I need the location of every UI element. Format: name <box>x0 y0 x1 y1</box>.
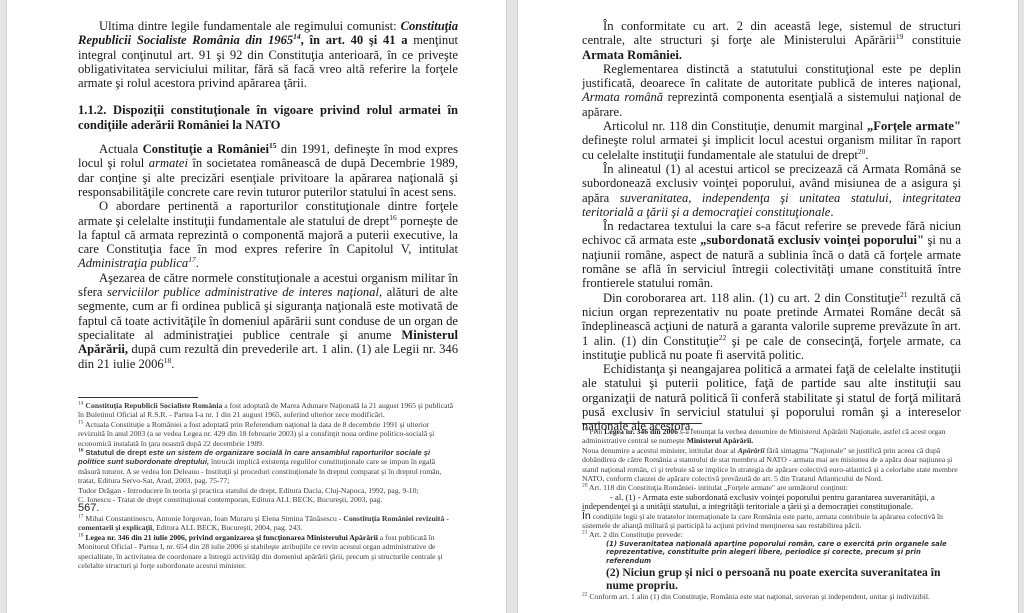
document-page-left: Ultima dintre legile fundamentale ale re… <box>7 0 506 613</box>
footnote-number: 15 <box>78 419 84 425</box>
page-content: În conformitate cu art. 2 din această le… <box>582 0 961 434</box>
footnotes-area: 14 Constituţia Republicii Socialiste Rom… <box>78 397 458 570</box>
paragraph: Actuala Constituţie a României15 din 199… <box>78 142 458 199</box>
footnote-number: 18 <box>78 532 84 538</box>
text: . <box>865 148 868 162</box>
text-bold: Ministerul Apărării. <box>687 436 754 445</box>
paragraph: Aşezarea de către normele constituţional… <box>78 271 458 371</box>
text: Art. 2 din Constituţie prevede: <box>589 530 683 539</box>
text: . <box>171 357 174 371</box>
text-italic: serviciilor publice administrative de in… <box>107 285 382 299</box>
footnote-19: 19 Prin Legea nr. 346 din 2006 s-a renun… <box>582 427 961 446</box>
footnotes: 14 Constituţia Republicii Socialiste Rom… <box>78 401 458 570</box>
footnote-21: 21 Art. 2 din Constituţie prevede: <box>582 530 961 539</box>
footnote-number: 22 <box>582 591 588 597</box>
text-bold: , în art. 40 şi 41 a <box>301 33 408 47</box>
section-heading: 1.1.2. Dispoziţii constituţionale în vig… <box>78 103 458 132</box>
footnote-number: 21 <box>582 530 588 536</box>
text: . <box>830 205 833 219</box>
text-bold: Constituţia Republicii Socialiste Români… <box>85 401 222 410</box>
text: constituie <box>903 33 961 47</box>
footnote-number: 20 <box>582 483 588 489</box>
text: - al. (1) - Armata este subordonată excl… <box>582 493 961 512</box>
footnote-21-item-1: (1) Suveranitatea naţională aparţine pop… <box>582 540 961 566</box>
text-bold: „Forţele armate" <box>867 119 961 133</box>
text: Actuala <box>99 142 143 156</box>
footnote-20-quote: - al. (1) - Armata este subordonată excl… <box>582 493 961 531</box>
paragraph: Articolul nr. 118 din Constituţie, denum… <box>582 119 961 162</box>
footnote-18: 18 Legea nr. 346 din 21 iulie 2006, priv… <box>78 533 458 571</box>
text-bold: Armata României. <box>582 48 682 62</box>
text: defineşte rolul armatei şi implicit locu… <box>582 133 961 161</box>
footnote-number: 16 <box>78 447 84 453</box>
text: În <box>582 510 591 522</box>
text: C. Ionescu - Tratat de drept constituţio… <box>78 495 382 504</box>
text-italic: suveranitatea, independenţa şi unitatea … <box>582 191 961 219</box>
body-text: În conformitate cu art. 2 din această le… <box>582 19 961 434</box>
footnote-separator <box>582 423 702 424</box>
text: Din coroborarea art. 118 alin. (1) cu ar… <box>603 291 900 305</box>
footnote-number: 14 <box>78 400 84 406</box>
paragraph: În redactarea textului la care s-a făcut… <box>582 219 961 290</box>
paragraph: Ultima dintre legile fundamentale ale re… <box>78 19 458 90</box>
footnote-16-line: C. Ionescu - Tratat de drept constituţio… <box>78 495 458 514</box>
footnotes-area: 19 Prin Legea nr. 346 din 2006 s-a renun… <box>582 423 961 601</box>
paragraph: O abordare pertinentă a raporturilor con… <box>78 199 458 270</box>
text: după cum rezultă din prevederile art. 1 … <box>78 342 458 370</box>
text-bold: „subordonată exclusiv voinţei poporului" <box>700 233 924 247</box>
body-text: Actuala Constituţie a României15 din 199… <box>78 142 458 371</box>
footnote-16: 16 Statutul de drept este un sistem de o… <box>78 448 458 486</box>
footnote-17: 17 Mihai Constantinescu, Antonie Iorgova… <box>78 514 458 533</box>
footnote-ref[interactable]: 16 <box>389 212 397 221</box>
footnote-ref[interactable]: 17 <box>188 255 196 264</box>
paragraph: Reglementarea distinctă a statutului con… <box>582 62 961 119</box>
footnote-number: 19 <box>582 426 588 432</box>
text-bold: Constituţie a României <box>143 142 269 156</box>
footnote-21-item-2: (2) Niciun grup şi nici o persoană nu po… <box>582 566 961 592</box>
text: Actuala Constituţie a României a fost ad… <box>78 420 434 448</box>
text-bold: Legea nr. 346 din 2006 <box>604 427 678 436</box>
text-bold-italic: Apărării <box>738 446 765 455</box>
footnote-22: 22 Conform art. 1 alin (1) din Constituţ… <box>582 592 961 601</box>
text: condiţiile legii şi ale tratatelor inter… <box>582 512 943 530</box>
body-text: Ultima dintre legile fundamentale ale re… <box>78 19 458 90</box>
text: . <box>196 256 199 270</box>
text: Conform art. 1 alin (1) din Constituţie,… <box>589 592 930 601</box>
footnotes: 19 Prin Legea nr. 346 din 2006 s-a renun… <box>582 427 961 601</box>
text-italic: Administraţia publica <box>78 256 188 270</box>
text: Articolul nr. 118 din Constituţie, denum… <box>603 119 867 133</box>
text-bold: Statutul de drept <box>85 448 146 457</box>
footnote-19-cont: Noua denumire a acestui minister, intitu… <box>582 446 961 484</box>
paragraph: În alineatul (1) al acestui articol se p… <box>582 162 961 219</box>
text: Editura ALL BECK, Bucureşti, 2004, pag. … <box>154 523 302 532</box>
footnote-separator <box>78 397 198 398</box>
footnote-15: 15 Actuala Constituţie a României a fost… <box>78 420 458 448</box>
text-italic: Armata română <box>582 90 663 104</box>
footnote-ref[interactable]: 14 <box>293 32 301 41</box>
paragraph: Din coroborarea art. 118 alin. (1) cu ar… <box>582 291 961 362</box>
footnote-16-line: Tudor Drăgan - Introducere în teoria şi … <box>78 486 458 495</box>
footnote-14: 14 Constituţia Republicii Socialiste Rom… <box>78 401 458 420</box>
document-page-right: În conformitate cu art. 2 din această le… <box>518 0 1018 613</box>
footnote-number: 17 <box>78 513 84 519</box>
text: Noua denumire a acestui minister, intitu… <box>582 446 738 455</box>
text: Reglementarea distinctă a statutului con… <box>582 62 961 90</box>
paragraph: În conformitate cu art. 2 din această le… <box>582 19 961 62</box>
text: Mihai Constantinescu, Antonie Iorgovan, … <box>85 514 343 523</box>
text-bold: Legea nr. 346 din 21 iulie 2006, privind… <box>85 533 377 542</box>
text: Prin <box>589 427 604 436</box>
page-content: Ultima dintre legile fundamentale ale re… <box>78 0 458 371</box>
text: Ultima dintre legile fundamentale ale re… <box>99 19 401 33</box>
text-italic: armatei <box>149 156 188 170</box>
